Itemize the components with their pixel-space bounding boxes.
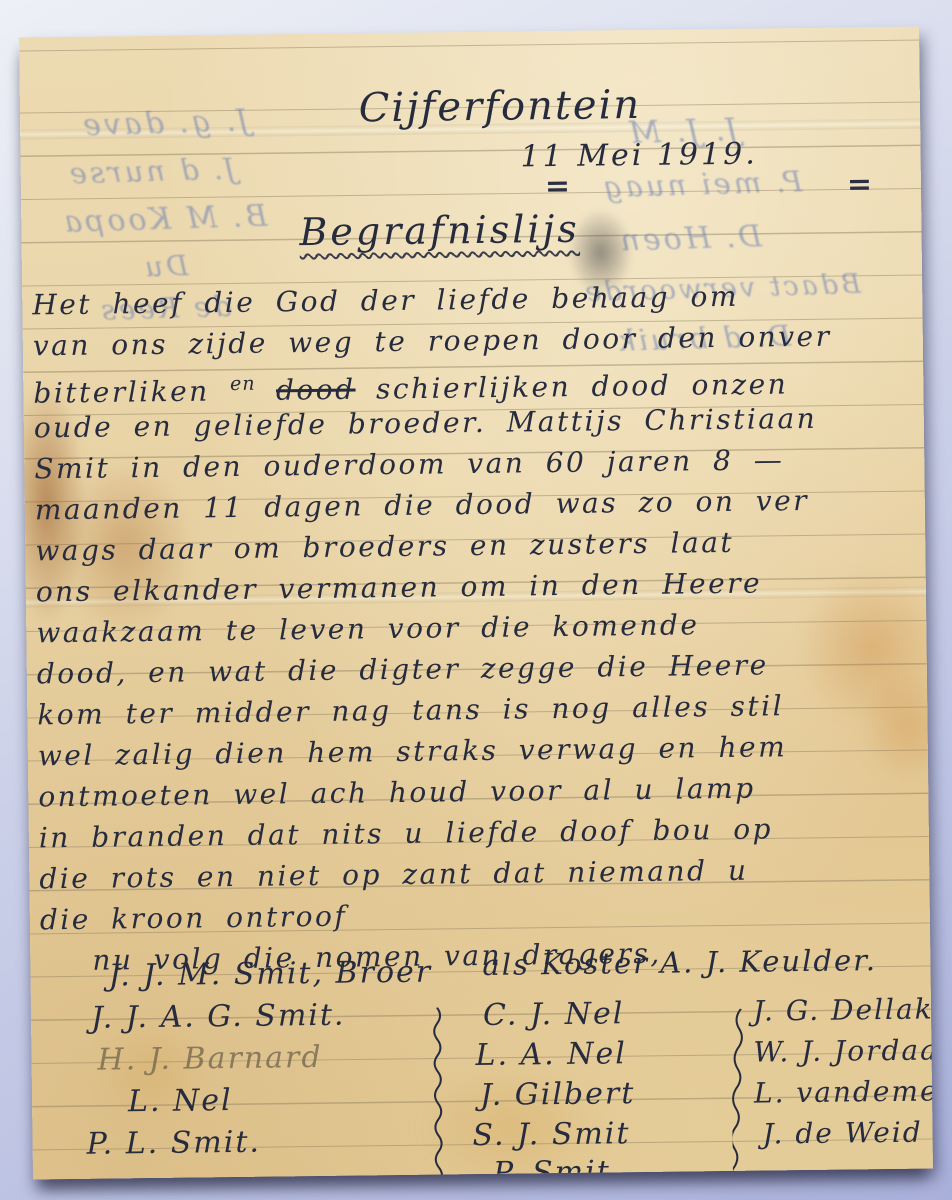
bearers-middle-column: C. J. Nel L. A. Nel J. Gilbert S. J. Smi… (469, 996, 637, 1179)
bearer-name: P. Smit (471, 1154, 637, 1179)
bleedthrough-text: J. d nurse (66, 151, 236, 190)
equals-mark-left: = (545, 169, 571, 204)
bearer-name: J. J. A. G. Smit. (79, 997, 433, 1043)
bearers-right-column: J. G. Dellakant. W. J. Jordaan L. vandem… (753, 992, 933, 1159)
body-paragraph: Het heef die God der liefde behaag om va… (32, 274, 926, 982)
bearer-name: S. J. Smit (470, 1116, 636, 1156)
bleedthrough-text: J. g. dave (80, 103, 250, 143)
equals-mark-right: = (847, 167, 873, 202)
koster-line: als Koster A. J. Keulder. (482, 943, 877, 982)
bearer-name: J. J. M. Smit, Broer (78, 955, 432, 1001)
document-place: Cijferfontein (320, 81, 681, 131)
inserted-word: en (230, 373, 256, 395)
body-line-text: bitterliken (33, 375, 210, 410)
bleedthrough-text: D. Hoen (617, 219, 762, 258)
photo-background: J. g. dave J. d nurse B. M Koopa Du de R… (0, 0, 952, 1200)
bearer-name: L. Nel (80, 1081, 434, 1127)
bearer-name: J. G. Dellakant. (753, 992, 933, 1036)
bearer-name-faded: H. J. Barnard (79, 1039, 433, 1085)
bearer-name: J. Gilbert (470, 1076, 636, 1118)
document-title: Begrafnislijs (299, 207, 580, 254)
bearers-left-column: J. J. M. Smit, Broer J. J. A. G. Smit. H… (78, 955, 434, 1171)
struck-word: dood (276, 373, 356, 407)
wavy-divider (429, 1007, 447, 1179)
wavy-divider (731, 1009, 749, 1180)
bearer-name: L. vandemerwe. (754, 1074, 933, 1118)
bleedthrough-text: B. M Koopa (61, 199, 268, 240)
bleedthrough-text: Du (141, 249, 188, 283)
bearer-name: W. J. Jordaan (753, 1033, 933, 1077)
paper-sheet: J. g. dave J. d nurse B. M Koopa Du de R… (19, 27, 933, 1180)
bearer-name: P. L. Smit. (80, 1123, 434, 1171)
bearer-name: J. de Weid — (754, 1115, 933, 1159)
bearer-name: L. A. Nel (469, 1036, 635, 1078)
bearer-name: C. J. Nel (469, 996, 635, 1038)
